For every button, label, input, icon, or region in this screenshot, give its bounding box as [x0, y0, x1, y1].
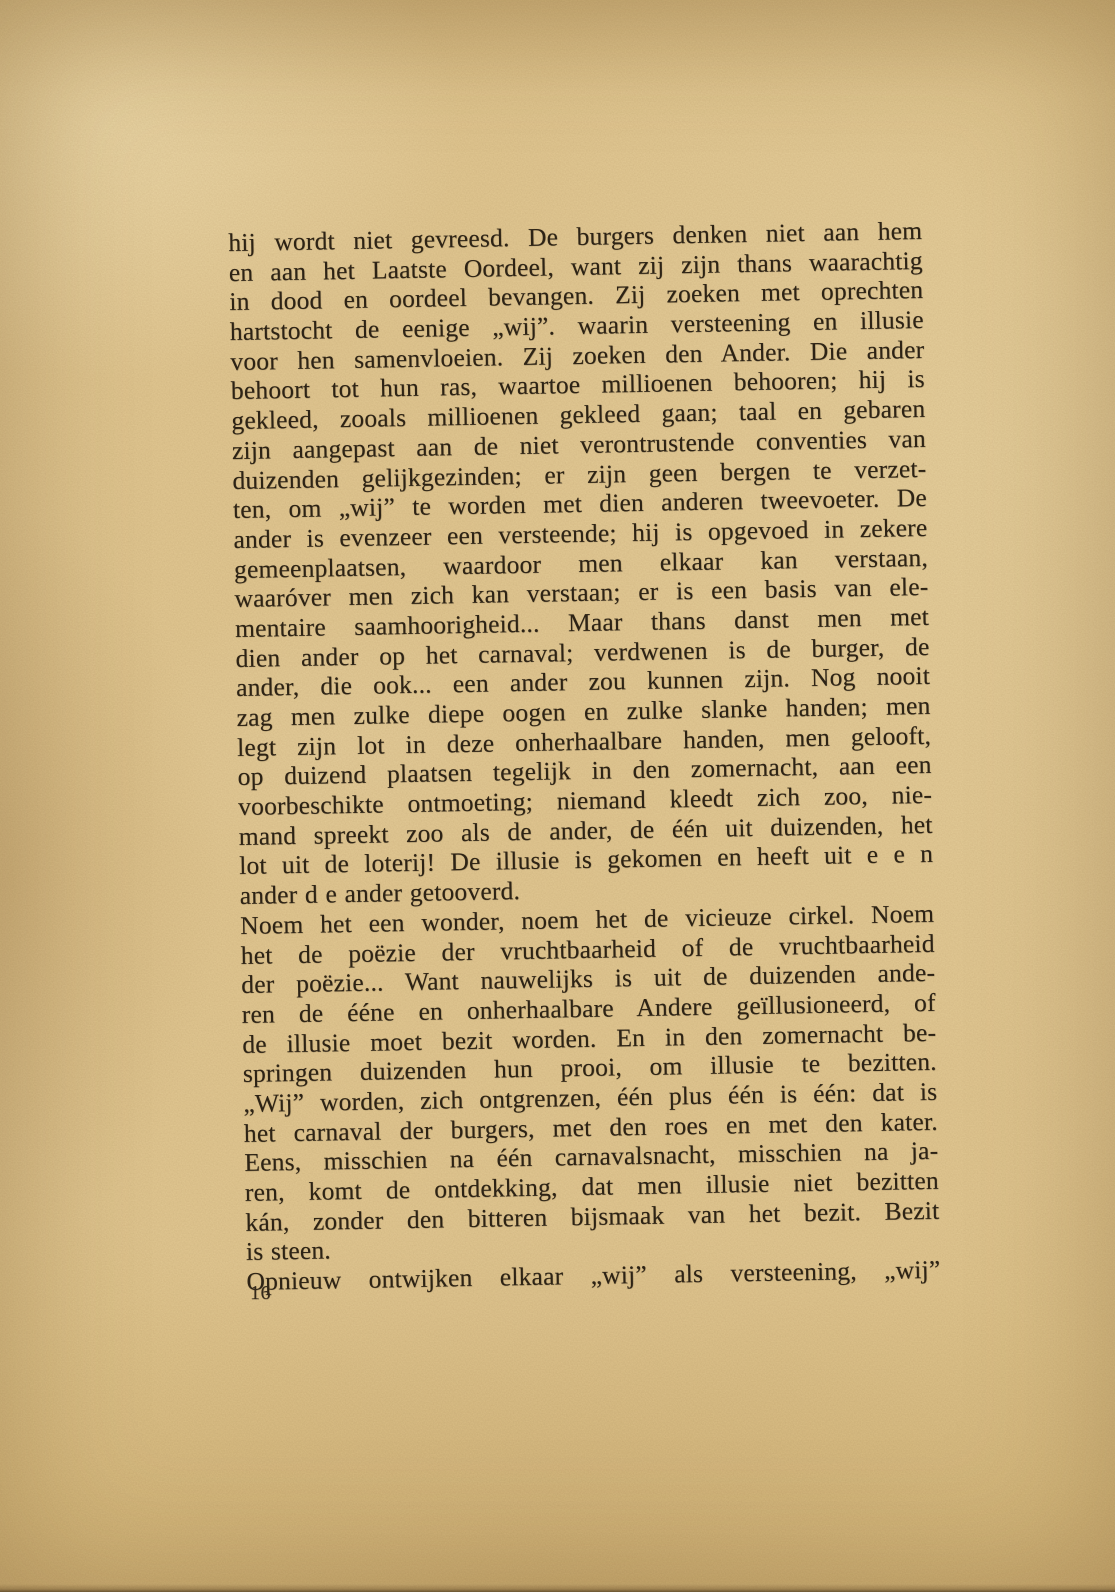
body-text: hij wordt niet gevreesd. De burgers denk… [228, 216, 941, 1297]
page-number: 16 [250, 1282, 271, 1305]
book-page: hij wordt niet gevreesd. De burgers denk… [0, 0, 1115, 1592]
page-bottom-edge-shadow [0, 1584, 1115, 1592]
